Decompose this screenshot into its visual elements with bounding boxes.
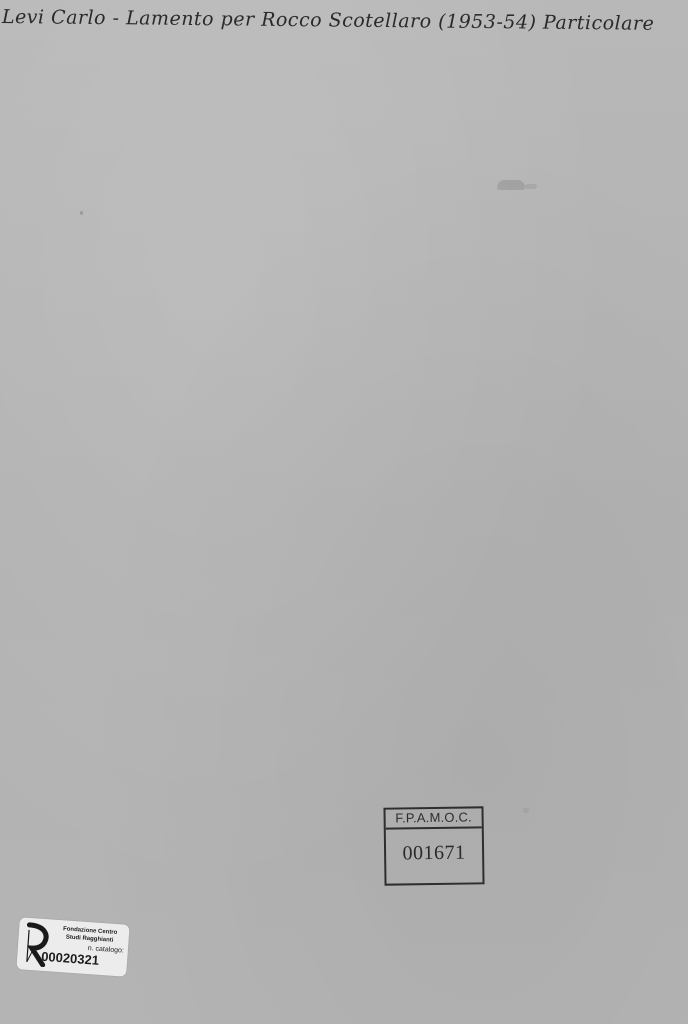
archive-stamp: F.P.A.M.O.C. 001671 xyxy=(383,806,484,885)
handwritten-caption: Levi Carlo - Lamento per Rocco Scotellar… xyxy=(2,6,682,35)
catalog-label-text: Fondazione Centro Studi Ragghianti n. ca… xyxy=(53,925,126,970)
stamp-header: F.P.A.M.O.C. xyxy=(385,808,481,829)
stamp-number: 001671 xyxy=(386,841,482,865)
catalog-label: Fondazione Centro Studi Ragghianti n. ca… xyxy=(16,917,129,977)
photo-verso-sheet: Levi Carlo - Lamento per Rocco Scotellar… xyxy=(0,0,688,1024)
paper-speck xyxy=(523,808,529,813)
paper-blemish xyxy=(497,180,525,190)
paper-speck xyxy=(80,211,83,215)
